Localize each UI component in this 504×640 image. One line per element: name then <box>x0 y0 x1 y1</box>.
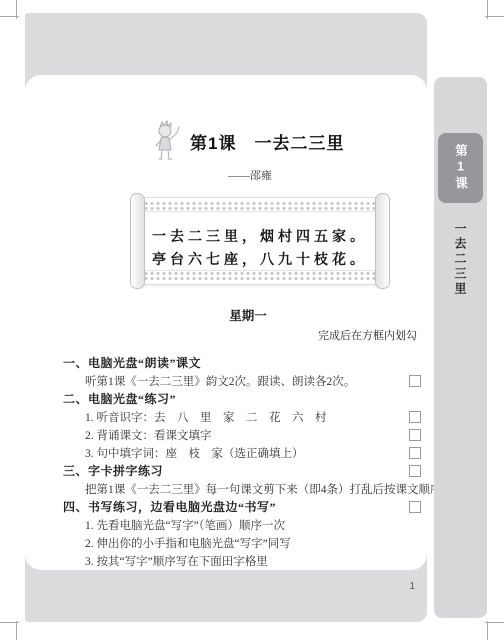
poem-scroll: 一去二三里，烟村四五家。 亭台六七座，八九十枝花。 <box>130 193 390 289</box>
poem-text: 一去二三里，烟村四五家。 亭台六七座，八九十枝花。 <box>141 225 379 271</box>
task-text: 3. 按其“写字”顺序写在下面田字格里 <box>85 556 268 568</box>
task-text: 三、字卡拼字练习 <box>63 464 163 478</box>
crop-mark <box>16 0 17 19</box>
scroll-roll-right-icon <box>375 193 390 289</box>
sidebar-lesson-title: 一去二三里 <box>434 222 487 297</box>
task-row: 把第1课《一去二三里》每一句课文剪下来（即4条）打乱后按课文顺序排出来。 <box>25 480 427 498</box>
task-checkbox <box>409 501 421 513</box>
crop-mark <box>487 0 488 19</box>
task-text: 3. 句中填字词：座 枝 家（选正确填上） <box>85 448 304 460</box>
lesson-tab-label: 第1课 <box>452 144 470 192</box>
lesson-title: 第1课 一去二三里 <box>190 129 344 154</box>
task-text: 1. 先看电脑光盘“写字”（笔画）顺序一次 <box>85 520 285 532</box>
task-text: 把第1课《一去二三里》每一句课文剪下来（即4条）打乱后按课文顺序排出来。 <box>85 484 488 496</box>
task-checkbox <box>409 465 421 477</box>
scroll-roll-left-icon <box>130 193 145 289</box>
task-row: 二、电脑光盘“练习” <box>25 390 427 408</box>
task-row: 1. 先看电脑光盘“写字”（笔画）顺序一次 <box>25 516 427 534</box>
task-checkbox <box>409 375 421 387</box>
lesson-index-sidebar: 第1课 一去二三里 <box>434 77 487 618</box>
task-row: 3. 按其“写字”顺序写在下面田字格里 <box>25 552 427 570</box>
page-number: 1 <box>409 581 415 592</box>
child-illustration <box>151 120 181 162</box>
task-text: 听第1课《一去二三里》韵文2次。跟读、朗读各2次。 <box>85 376 355 388</box>
task-text: 2. 背诵课文：看课文填字 <box>85 430 212 442</box>
task-text: 一、电脑光盘“朗读”课文 <box>63 356 201 370</box>
crop-mark <box>16 621 17 640</box>
lesson-tab: 第1课 <box>438 133 483 203</box>
task-row: 四、书写练习，边看电脑光盘边“书写” <box>25 498 427 516</box>
weekday-label: 星期一 <box>47 306 449 324</box>
scroll-body: 一去二三里，烟村四五家。 亭台六七座，八九十枝花。 <box>140 197 380 285</box>
task-row: 2. 背诵课文：看课文填字 <box>25 426 427 444</box>
task-row: 听第1课《一去二三里》韵文2次。跟读、朗读各2次。 <box>25 372 427 390</box>
title-row: 第1课 一去二三里 <box>151 120 344 162</box>
author-line: ——邵雍 <box>49 167 451 183</box>
task-text: 四、书写练习，边看电脑光盘边“书写” <box>63 500 276 514</box>
poem-line-1: 一去二三里，烟村四五家。 <box>141 225 379 248</box>
task-checkbox <box>409 411 421 423</box>
task-row: 2. 伸出你的小手指和电脑光盘“写字”同写 <box>25 534 427 552</box>
task-list: 一、电脑光盘“朗读”课文 听第1课《一去二三里》韵文2次。跟读、朗读各2次。 二… <box>25 354 427 570</box>
task-text: 1. 听音识字：去 八 里 家 二 花 六 村 <box>85 412 327 424</box>
task-text: 二、电脑光盘“练习” <box>63 392 176 406</box>
task-row: 1. 听音识字：去 八 里 家 二 花 六 村 <box>25 408 427 426</box>
poem-line-2: 亭台六七座，八九十枝花。 <box>141 248 379 271</box>
scroll-lace-border-bottom <box>144 270 376 281</box>
content-panel: 第1课 一去二三里 ——邵雍 一去二三里，烟村四五家。 亭台六七座，八九十枝花。… <box>25 75 427 570</box>
crop-mark <box>487 621 488 640</box>
task-row: 三、字卡拼字练习 <box>25 462 427 480</box>
workbook-page: 1 第1课 一去二三里 ——邵雍 <box>0 0 504 640</box>
task-text: 2. 伸出你的小手指和电脑光盘“写字”同写 <box>85 538 291 550</box>
scroll-lace-border-top <box>144 201 376 212</box>
completion-note: 完成后在方框内划勾 <box>318 327 417 343</box>
task-row: 一、电脑光盘“朗读”课文 <box>25 354 427 372</box>
task-row: 3. 句中填字词：座 枝 家（选正确填上） <box>25 444 427 462</box>
task-checkbox <box>409 429 421 441</box>
task-checkbox <box>409 447 421 459</box>
